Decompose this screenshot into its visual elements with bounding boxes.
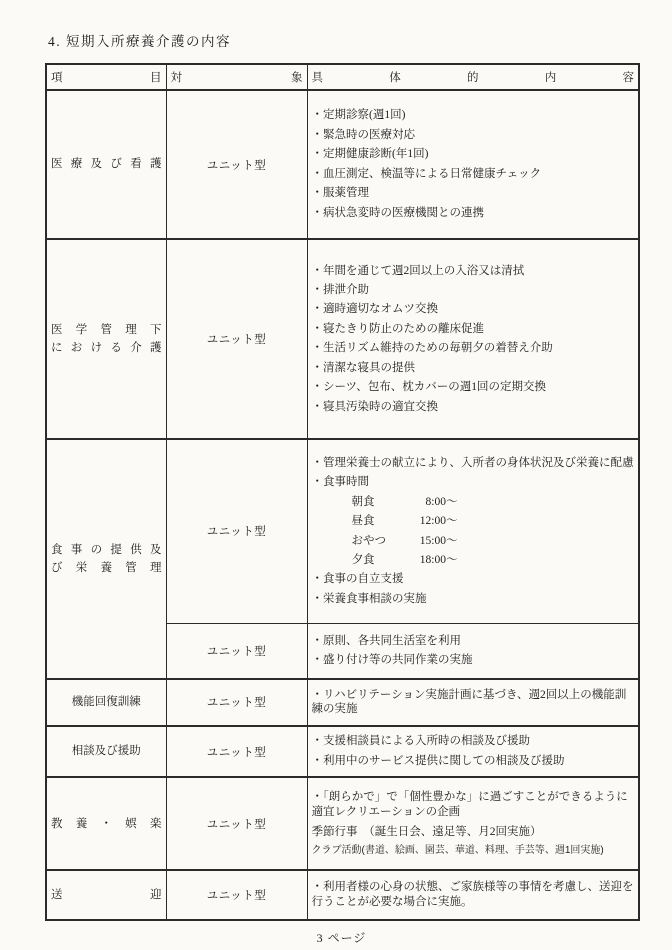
item-cell: 教養・娯楽	[46, 777, 166, 870]
content-line: ・緊急時の医療対応	[312, 128, 635, 143]
table-row: 医学管理下 における介護ユニット型・年間を通じて週2回以上の入浴又は清拭・排泄介…	[46, 239, 639, 439]
header-item: 項目	[46, 64, 166, 90]
content-line: ・利用者様の心身の状態、ご家族様等の事情を考慮し、送迎を行うことが必要な場合に実…	[312, 880, 635, 910]
content-cell: ・原則、各共同生活室を利用・盛り付け等の共同作業の実施	[307, 623, 639, 679]
content-line: ・年間を通じて週2回以上の入浴又は清拭	[312, 264, 635, 279]
content-line: クラブ活動(書道、絵画、園芸、華道、料理、手芸等、週1回実施)	[312, 844, 635, 857]
content-line: ・利用中のサービス提供に関しての相談及び援助	[312, 754, 635, 769]
content-line: ・寝たきり防止のための離床促進	[312, 322, 635, 337]
content-line: ・盛り付け等の共同作業の実施	[312, 653, 635, 668]
meal-time-line: 朝食8:00～	[312, 495, 635, 510]
content-cell: ・年間を通じて週2回以上の入浴又は清拭・排泄介助・適時適切なオムツ交換・寝たきり…	[307, 239, 639, 439]
content-line: ・リハビリテーション実施計画に基づき、週2回以上の機能訓練の実施	[312, 688, 635, 718]
page-number: 3 ページ	[45, 929, 638, 946]
care-content-table: 項目 対象 具体的内容 医療及び看護ユニット型・定期診察(週1回)・緊急時の医療…	[45, 63, 640, 921]
table-row: 相談及び援助ユニット型・支援相談員による入所時の相談及び援助・利用中のサービス提…	[46, 726, 639, 777]
meal-label: 昼食	[352, 514, 404, 529]
target-cell: ユニット型	[166, 679, 307, 726]
content-cell: ・「朗らかで」で「個性豊かな」に過ごすことができるように適宜レクリエーションの企…	[307, 777, 639, 870]
table-row: 医療及び看護ユニット型・定期診察(週1回)・緊急時の医療対応・定期健康診断(年1…	[46, 90, 639, 239]
meal-label: おやつ	[352, 534, 404, 549]
content-line: ・食事の自立支援	[312, 572, 635, 587]
target-cell: ユニット型	[166, 726, 307, 777]
meal-time: 18:00～	[404, 553, 458, 568]
target-cell: ユニット型	[166, 439, 307, 623]
content-line: ・「朗らかで」で「個性豊かな」に過ごすことができるように適宜レクリエーションの企…	[312, 790, 635, 820]
meal-time-line: 昼食12:00～	[312, 514, 635, 529]
page-title: 4. 短期入所療養介護の内容	[48, 30, 672, 50]
target-cell: ユニット型	[166, 870, 307, 920]
item-cell: 医療及び看護	[46, 90, 166, 239]
content-line: ・シーツ、包布、枕カバーの週1回の定期交換	[312, 380, 635, 395]
content-line: ・食事時間	[312, 475, 635, 490]
content-line: ・寝具汚染時の適宜交換	[312, 400, 635, 415]
item-cell: 送迎	[46, 870, 166, 920]
content-line: ・病状急変時の医療機関との連携	[312, 206, 635, 221]
content-line: 季節行事 （誕生日会、遠足等、月2回実施）	[312, 825, 635, 840]
table-row: 教養・娯楽ユニット型・「朗らかで」で「個性豊かな」に過ごすことができるように適宜…	[46, 777, 639, 870]
content-line: ・管理栄養士の献立により、入所者の身体状況及び栄養に配慮	[312, 456, 635, 471]
content-line: ・支援相談員による入所時の相談及び援助	[312, 734, 635, 749]
content-line: ・定期診察(週1回)	[312, 108, 635, 123]
meal-time: 8:00～	[404, 495, 458, 510]
meal-time: 15:00～	[404, 534, 458, 549]
content-line: ・定期健康診断(年1回)	[312, 147, 635, 162]
target-cell: ユニット型	[166, 90, 307, 239]
table-row: 送迎ユニット型・利用者様の心身の状態、ご家族様等の事情を考慮し、送迎を行うことが…	[46, 870, 639, 920]
meal-time: 12:00～	[404, 514, 458, 529]
content-line: ・栄養食事相談の実施	[312, 592, 635, 607]
meal-time-line: 夕食18:00～	[312, 553, 635, 568]
table-row: 食事の提供及 び栄養管理ユニット型・管理栄養士の献立により、入所者の身体状況及び…	[46, 439, 639, 623]
table-row: 機能回復訓練ユニット型・リハビリテーション実施計画に基づき、週2回以上の機能訓練…	[46, 679, 639, 726]
content-cell: ・定期診察(週1回)・緊急時の医療対応・定期健康診断(年1回)・血圧測定、検温等…	[307, 90, 639, 239]
item-cell: 相談及び援助	[46, 726, 166, 777]
item-cell: 食事の提供及 び栄養管理	[46, 439, 166, 679]
target-cell: ユニット型	[166, 777, 307, 870]
content-cell: ・リハビリテーション実施計画に基づき、週2回以上の機能訓練の実施	[307, 679, 639, 726]
content-line: ・清潔な寝具の提供	[312, 361, 635, 376]
header-target: 対象	[166, 64, 307, 90]
content-line: ・排泄介助	[312, 283, 635, 298]
content-line: ・適時適切なオムツ交換	[312, 302, 635, 317]
content-cell: ・利用者様の心身の状態、ご家族様等の事情を考慮し、送迎を行うことが必要な場合に実…	[307, 870, 639, 920]
target-cell: ユニット型	[166, 623, 307, 679]
content-line: ・生活リズム維持のための毎朝夕の着替え介助	[312, 341, 635, 356]
meal-label: 夕食	[352, 553, 404, 568]
content-line: ・血圧測定、検温等による日常健康チェック	[312, 167, 635, 182]
content-line: ・原則、各共同生活室を利用	[312, 634, 635, 649]
content-cell: ・管理栄養士の献立により、入所者の身体状況及び栄養に配慮・食事時間朝食8:00～…	[307, 439, 639, 623]
content-line: ・服薬管理	[312, 186, 635, 201]
target-cell: ユニット型	[166, 239, 307, 439]
content-cell: ・支援相談員による入所時の相談及び援助・利用中のサービス提供に関しての相談及び援…	[307, 726, 639, 777]
meal-label: 朝食	[352, 495, 404, 510]
item-cell: 機能回復訓練	[46, 679, 166, 726]
meal-time-line: おやつ15:00～	[312, 534, 635, 549]
item-cell: 医学管理下 における介護	[46, 239, 166, 439]
header-row: 項目 対象 具体的内容	[46, 64, 639, 90]
care-table-body: 医療及び看護ユニット型・定期診察(週1回)・緊急時の医療対応・定期健康診断(年1…	[46, 90, 639, 920]
table-header: 項目 対象 具体的内容	[46, 64, 639, 90]
header-content: 具体的内容	[307, 64, 639, 90]
